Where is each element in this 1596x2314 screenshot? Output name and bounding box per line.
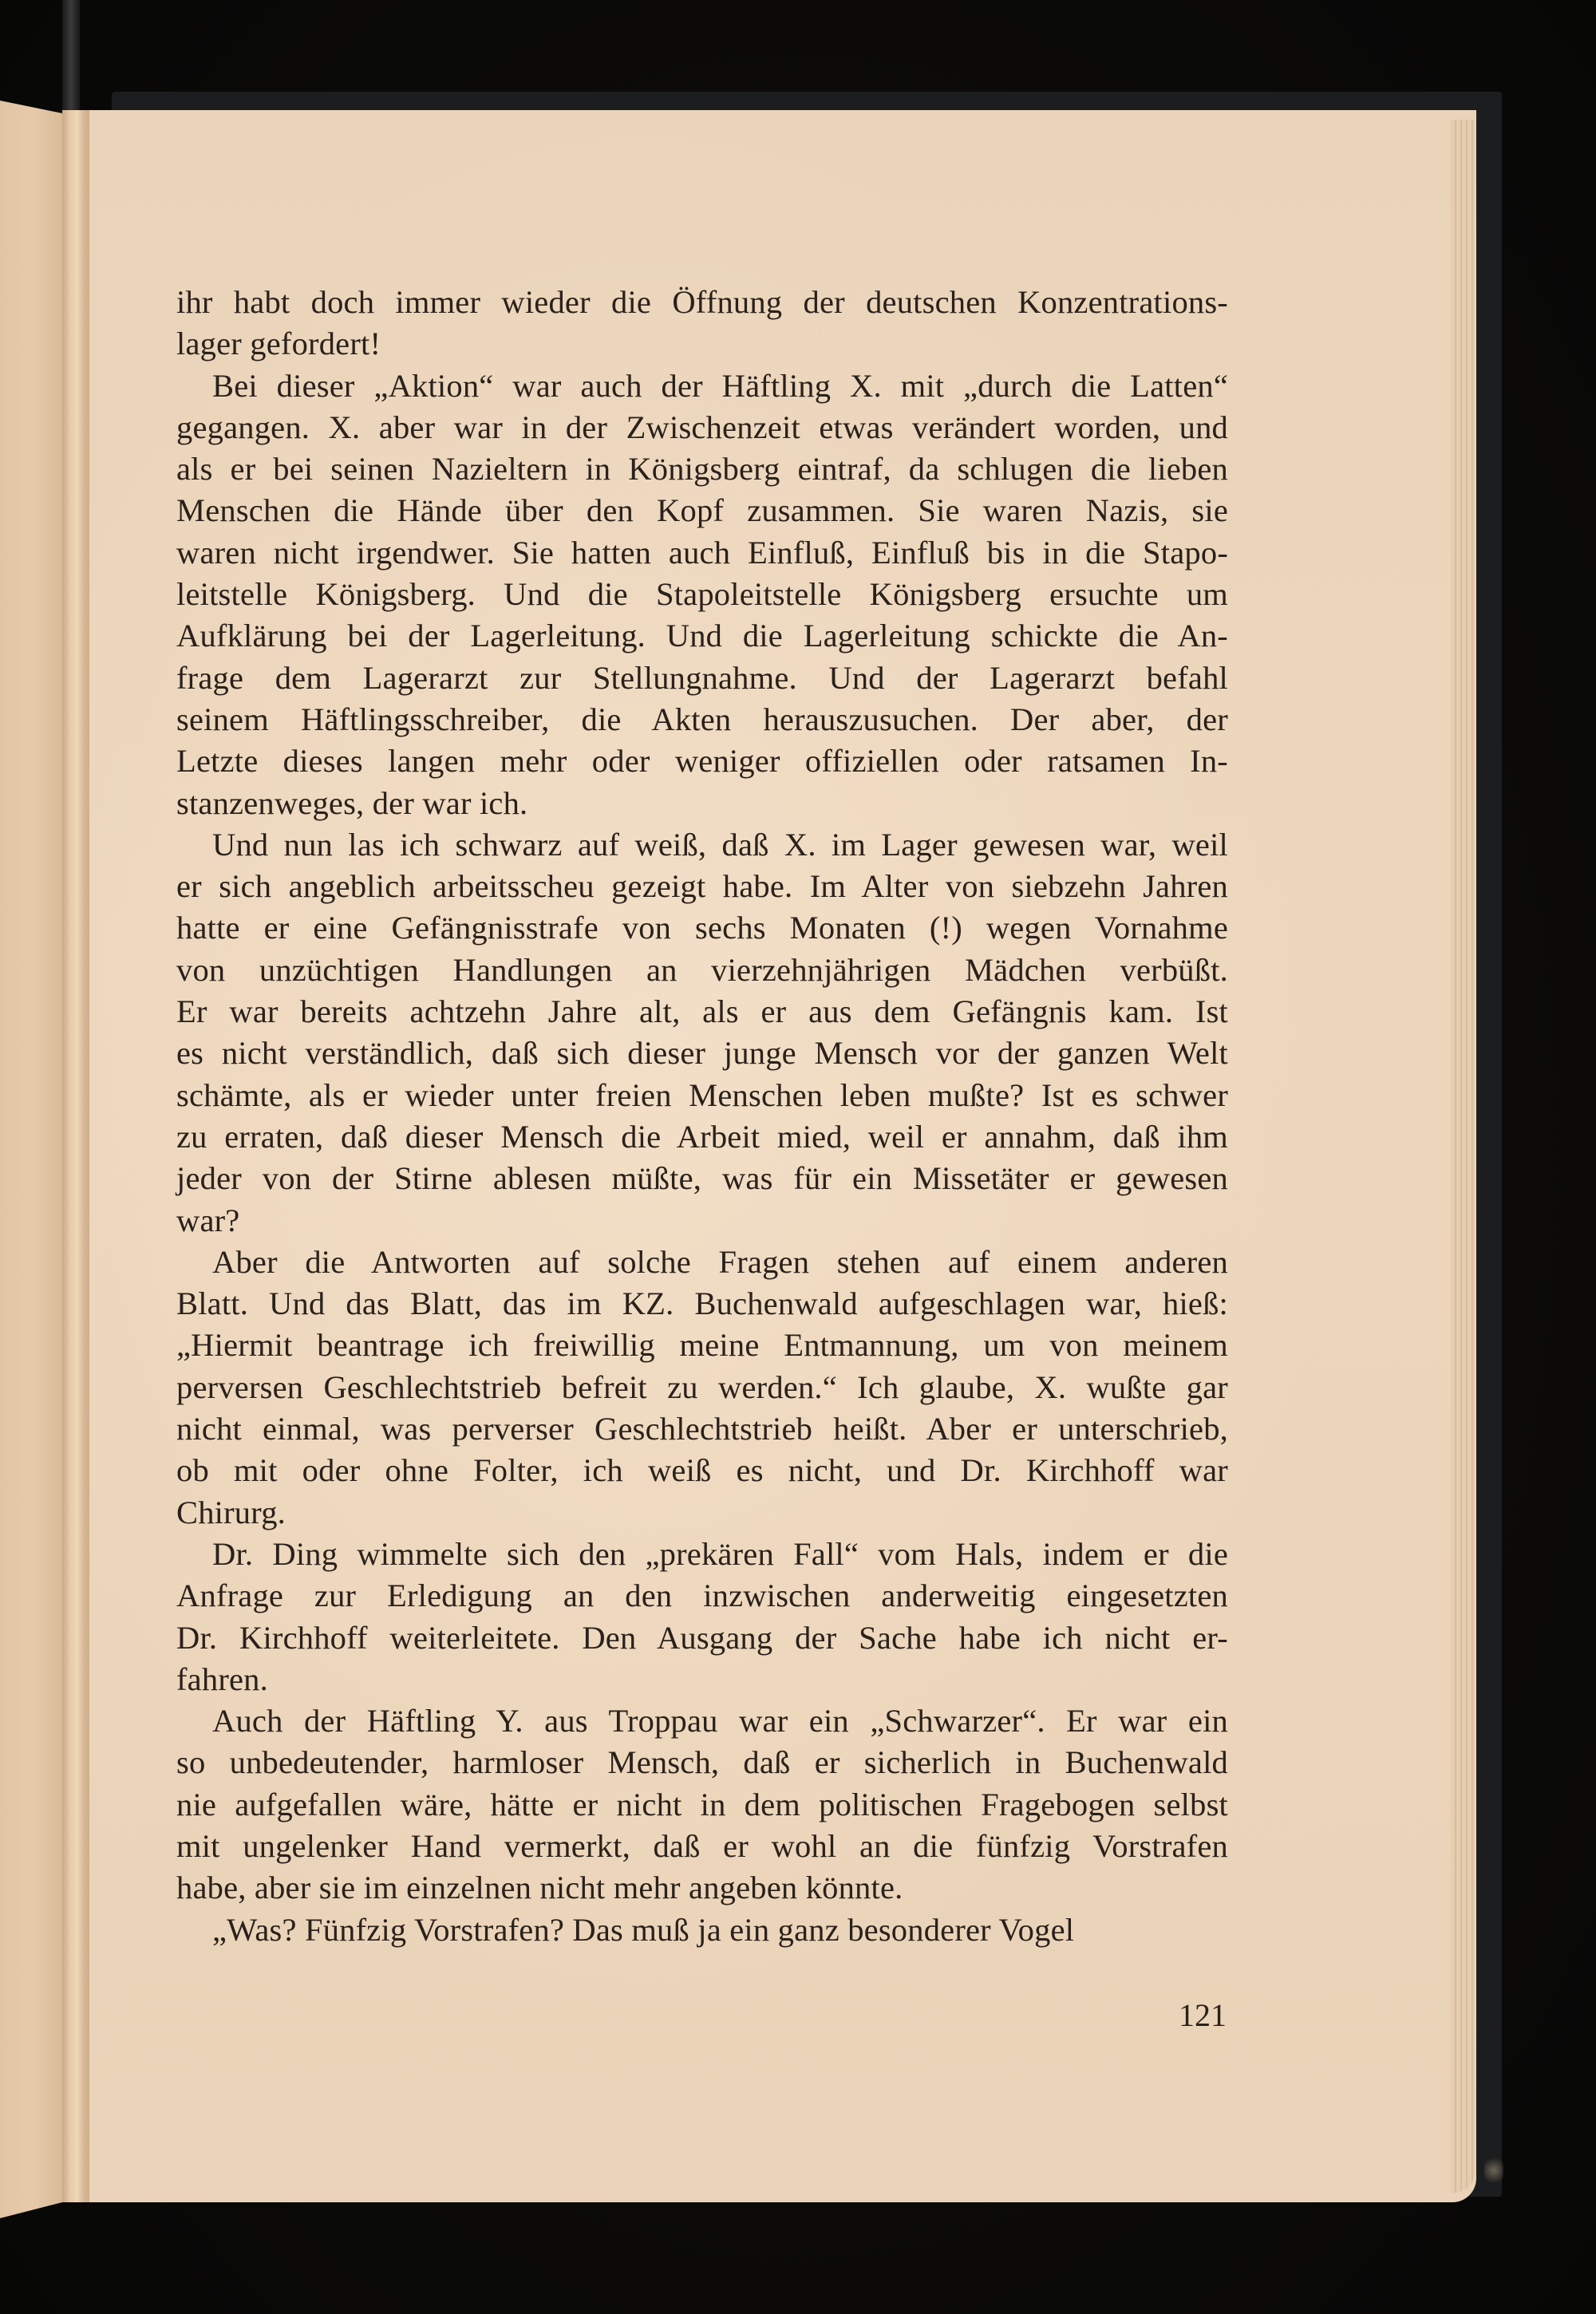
- text-line: jeder von der Stirne ablesen müßte, was …: [176, 1158, 1228, 1199]
- text-line: es nicht verständlich, daß sich dieser j…: [176, 1033, 1228, 1074]
- text-line: leitstelle Königsberg. Und die Stapoleit…: [176, 574, 1228, 615]
- text-line: gegangen. X. aber war in der Zwischenzei…: [176, 407, 1228, 448]
- previous-page-edge: [0, 96, 62, 2218]
- text-line: war?: [176, 1200, 1228, 1242]
- worn-cover-corner: [1484, 2154, 1503, 2186]
- text-line: Menschen die Hände über den Kopf zusamme…: [176, 490, 1228, 531]
- text-line: schämte, als er wieder unter freien Mens…: [176, 1075, 1228, 1116]
- text-line: als er bei seinen Nazieltern in Königsbe…: [176, 448, 1228, 490]
- text-line: stanzenweges, der war ich.: [176, 783, 1228, 824]
- paragraph: Auch der Häftling Y. aus Troppau war ein…: [176, 1700, 1228, 1909]
- text-line: seinem Häftlingsschreiber, die Akten her…: [176, 699, 1228, 740]
- text-line: fahren.: [176, 1659, 1228, 1700]
- text-line: „Hiermit beantrage ich freiwillig meine …: [176, 1325, 1228, 1366]
- text-line: lager gefordert!: [176, 323, 1228, 365]
- text-line: Aber die Antworten auf solche Fragen ste…: [176, 1242, 1228, 1283]
- text-line: Letzte dieses langen mehr oder weniger o…: [176, 740, 1228, 782]
- text-line: zu erraten, daß dieser Mensch die Arbeit…: [176, 1116, 1228, 1158]
- text-line: nie aufgefallen wäre, hätte er nicht in …: [176, 1784, 1228, 1826]
- paragraph: Aber die Antworten auf solche Fragen ste…: [176, 1242, 1228, 1534]
- text-line: Chirurg.: [176, 1492, 1228, 1534]
- text-line: er sich angeblich arbeitsscheu gezeigt h…: [176, 866, 1228, 907]
- text-line: nicht einmal, was perverser Geschlechtst…: [176, 1408, 1228, 1450]
- text-line: frage dem Lagerarzt zur Stellungnahme. U…: [176, 657, 1228, 699]
- page-stack-edges: [1451, 120, 1475, 2193]
- text-line: waren nicht irgendwer. Sie hatten auch E…: [176, 532, 1228, 574]
- paragraph: „Was? Fünfzig Vorstrafen? Das muß ja ein…: [176, 1909, 1228, 1951]
- text-line: Und nun las ich schwarz auf weiß, daß X.…: [176, 824, 1228, 866]
- text-line: von unzüchtigen Handlungen an vierzehnjä…: [176, 950, 1228, 991]
- paragraph: Und nun las ich schwarz auf weiß, daß X.…: [176, 824, 1228, 1242]
- paragraph: ihr habt doch immer wieder die Öffnung d…: [176, 282, 1228, 365]
- page-number: 121: [1169, 1996, 1227, 2034]
- book-gutter: [62, 110, 89, 2202]
- text-line: perversen Geschlechtstrieb befreit zu we…: [176, 1367, 1228, 1408]
- text-line: so unbedeutender, harmloser Mensch, daß …: [176, 1742, 1228, 1783]
- text-line: Blatt. Und das Blatt, das im KZ. Buchenw…: [176, 1283, 1228, 1325]
- paragraph: Dr. Ding wimmelte sich den „prekären Fal…: [176, 1534, 1228, 1700]
- text-line: ob mit oder ohne Folter, ich weiß es nic…: [176, 1450, 1228, 1491]
- text-line: Aufklärung bei der Lagerleitung. Und die…: [176, 615, 1228, 657]
- text-line: ihr habt doch immer wieder die Öffnung d…: [176, 282, 1228, 323]
- text-line: Anfrage zur Erledigung an den inzwischen…: [176, 1575, 1228, 1617]
- text-line: Auch der Häftling Y. aus Troppau war ein…: [176, 1700, 1228, 1742]
- text-line: Bei dieser „Aktion“ war auch der Häftlin…: [176, 365, 1228, 407]
- text-line: habe, aber sie im einzelnen nicht mehr a…: [176, 1867, 1228, 1909]
- text-line: mit ungelenker Hand vermerkt, daß er woh…: [176, 1826, 1228, 1867]
- paragraph: Bei dieser „Aktion“ war auch der Häftlin…: [176, 365, 1228, 824]
- text-line: Dr. Kirchhoff weiterleitete. Den Ausgang…: [176, 1617, 1228, 1659]
- text-line: Er war bereits achtzehn Jahre alt, als e…: [176, 991, 1228, 1033]
- text-line: „Was? Fünfzig Vorstrafen? Das muß ja ein…: [176, 1909, 1228, 1951]
- page-body-text: ihr habt doch immer wieder die Öffnung d…: [176, 282, 1228, 1951]
- book-spine-shadow: [62, 0, 80, 110]
- text-line: Dr. Ding wimmelte sich den „prekären Fal…: [176, 1534, 1228, 1575]
- text-line: hatte er eine Gefängnisstrafe von sechs …: [176, 907, 1228, 949]
